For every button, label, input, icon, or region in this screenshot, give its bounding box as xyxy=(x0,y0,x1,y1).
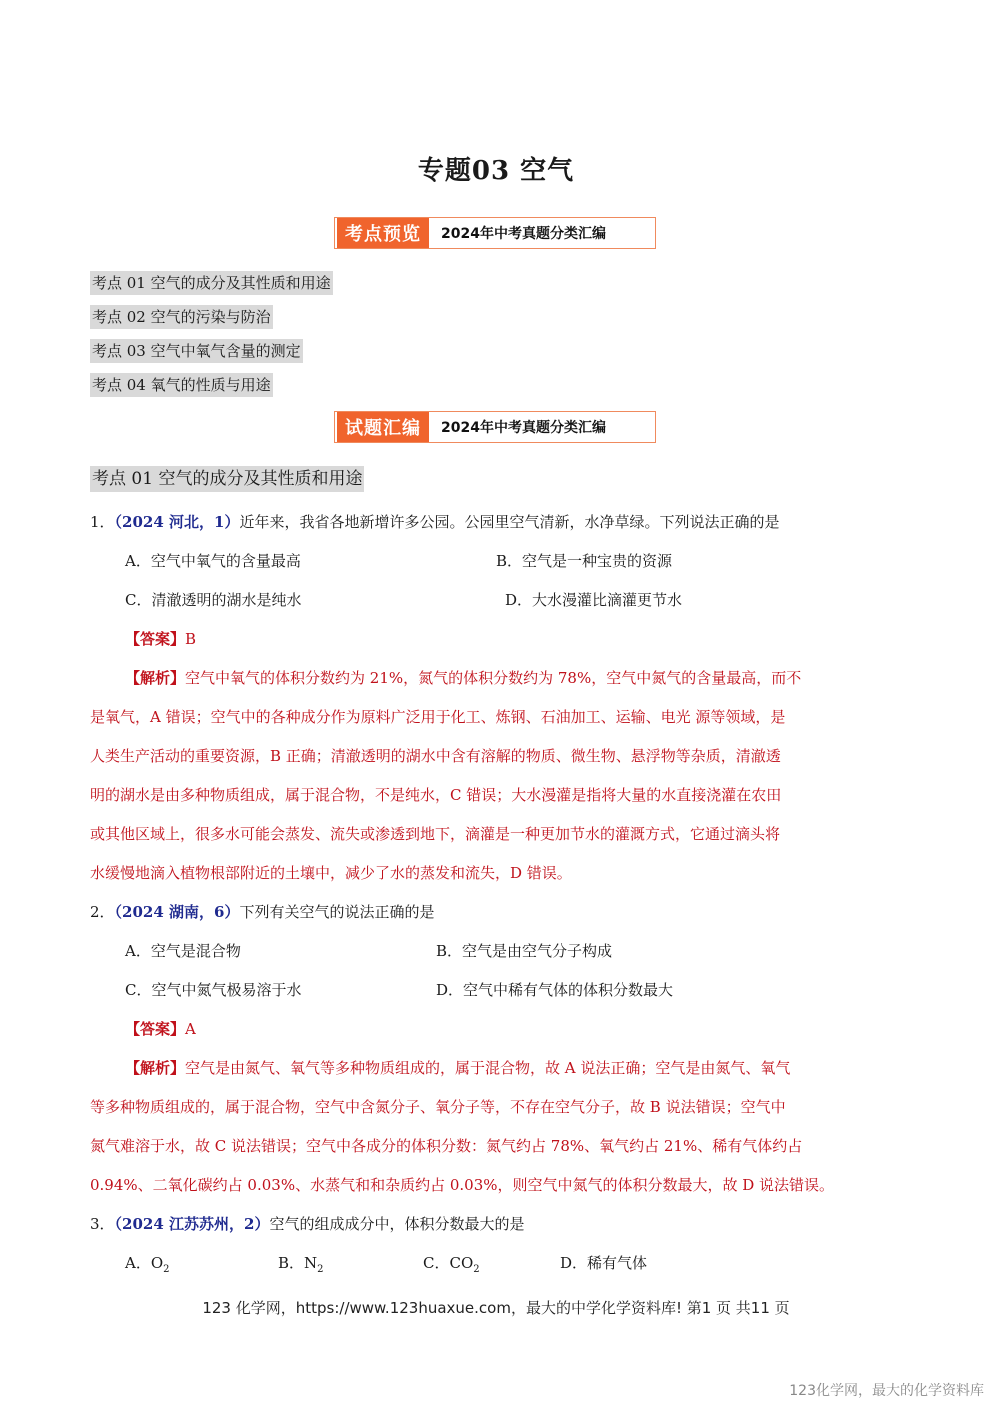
option-a: A．空气是混合物 xyxy=(125,940,241,962)
question-source: （2024 江苏苏州，2） xyxy=(115,1215,270,1233)
analysis-label: 【解析】 xyxy=(125,1059,185,1077)
question-3-stem: 3．（2024 江苏苏州，2）空气的组成成分中，体积分数最大的是 xyxy=(90,1213,524,1235)
toc-item-03: 考点 03 空气中氧气含量的测定 xyxy=(90,339,303,363)
analysis-line: 水缓慢地滴入植物根部附近的土壤中，减少了水的蒸发和流失，D 错误。 xyxy=(90,862,572,884)
subscript: 2 xyxy=(317,1264,323,1275)
banner-subtitle: 2024年中考真题分类汇编 xyxy=(441,223,606,243)
question-text: 下列有关空气的说法正确的是 xyxy=(239,903,434,921)
question-number: 1． xyxy=(90,513,115,531)
analysis-line: 0.94%、二氧化碳约占 0.03%、水蒸气和和杂质约占 0.03%，则空气中氮… xyxy=(90,1174,834,1196)
option-b: B．空气是一种宝贵的资源 xyxy=(496,550,672,572)
analysis-line: 是氧气，A 错误；空气中的各种成分作为原料广泛用于化工、炼钢、石油加工、运输、电… xyxy=(90,706,785,728)
answer-value: A xyxy=(185,1020,196,1038)
analysis-line: 明的湖水是由多种物质组成，属于混合物，不是纯水，C 错误；大水漫灌是指将大量的水… xyxy=(90,784,781,806)
preview-banner: 考点预览 2024年中考真题分类汇编 xyxy=(334,217,656,249)
option-c: C．空气中氮气极易溶于水 xyxy=(125,979,301,1001)
option-text: C．CO xyxy=(423,1254,473,1272)
option-b: B．空气是由空气分子构成 xyxy=(436,940,612,962)
option-c: C．CO2 xyxy=(423,1252,480,1281)
analysis-line: 【解析】空气中氧气的体积分数约为 21%，氮气的体积分数约为 78%，空气中氮气… xyxy=(125,667,801,689)
subscript: 2 xyxy=(163,1264,169,1275)
option-a: A．O2 xyxy=(125,1252,170,1281)
option-d: D．大水漫灌比滴灌更节水 xyxy=(505,589,682,611)
option-c: C．清澈透明的湖水是纯水 xyxy=(125,589,301,611)
question-1-stem: 1．（2024 河北，1）近年来，我省各地新增许多公园。公园里空气清新，水净草绿… xyxy=(90,511,779,533)
answer-label: 【答案】 xyxy=(125,1020,185,1038)
analysis-label: 【解析】 xyxy=(125,669,185,687)
option-text: A．O xyxy=(125,1254,163,1272)
option-b: B．N2 xyxy=(278,1252,324,1281)
toc-item-04: 考点 04 氧气的性质与用途 xyxy=(90,373,273,397)
toc-item-01: 考点 01 空气的成分及其性质和用途 xyxy=(90,271,333,295)
option-d: D．空气中稀有气体的体积分数最大 xyxy=(436,979,673,1001)
question-text: 空气的组成成分中，体积分数最大的是 xyxy=(269,1215,524,1233)
banner-tag: 试题汇编 xyxy=(337,412,429,442)
analysis-text: 空气中氧气的体积分数约为 21%，氮气的体积分数约为 78%，空气中氮气的含量最… xyxy=(185,669,801,687)
toc-item-02: 考点 02 空气的污染与防治 xyxy=(90,305,273,329)
watermark: 123化学网，最大的化学资料库 xyxy=(789,1380,984,1400)
option-a: A．空气中氧气的含量最高 xyxy=(125,550,301,572)
analysis-line: 或其他区域上，很多水可能会蒸发、流失或渗透到地下，滴灌是一种更加节水的灌溉方式，… xyxy=(90,823,780,845)
answer: 【答案】A xyxy=(125,1018,196,1040)
banner-subtitle: 2024年中考真题分类汇编 xyxy=(441,417,606,437)
answer-label: 【答案】 xyxy=(125,630,185,648)
question-2-stem: 2．（2024 湖南，6）下列有关空气的说法正确的是 xyxy=(90,901,434,923)
question-number: 3． xyxy=(90,1215,115,1233)
question-number: 2． xyxy=(90,903,115,921)
option-d: D．稀有气体 xyxy=(560,1252,647,1274)
analysis-line: 【解析】空气是由氮气、氧气等多种物质组成的，属于混合物，故 A 说法正确；空气是… xyxy=(125,1057,790,1079)
question-source: （2024 河北，1） xyxy=(115,513,240,531)
answer: 【答案】B xyxy=(125,628,196,650)
option-text: B．N xyxy=(278,1254,317,1272)
section-heading: 考点 01 空气的成分及其性质和用途 xyxy=(90,466,364,492)
question-source: （2024 湖南，6） xyxy=(115,903,240,921)
subscript: 2 xyxy=(473,1264,479,1275)
questions-banner: 试题汇编 2024年中考真题分类汇编 xyxy=(334,411,656,443)
question-text: 近年来，我省各地新增许多公园。公园里空气清新，水净草绿。下列说法正确的是 xyxy=(239,513,779,531)
analysis-line: 等多种物质组成的，属于混合物，空气中含氮分子、氧分子等，不存在空气分子，故 B … xyxy=(90,1096,786,1118)
page-title: 专题03 空气 xyxy=(0,150,992,187)
answer-value: B xyxy=(185,630,196,648)
analysis-line: 氮气难溶于水，故 C 说法错误；空气中各成分的体积分数：氮气约占 78%、氧气约… xyxy=(90,1135,802,1157)
banner-tag: 考点预览 xyxy=(337,218,429,248)
analysis-line: 人类生产活动的重要资源，B 正确；清澈透明的湖水中含有溶解的物质、微生物、悬浮物… xyxy=(90,745,781,767)
analysis-text: 空气是由氮气、氧气等多种物质组成的，属于混合物，故 A 说法正确；空气是由氮气、… xyxy=(185,1059,790,1077)
page-footer: 123 化学网，https://www.123huaxue.com，最大的中学化… xyxy=(0,1297,992,1318)
